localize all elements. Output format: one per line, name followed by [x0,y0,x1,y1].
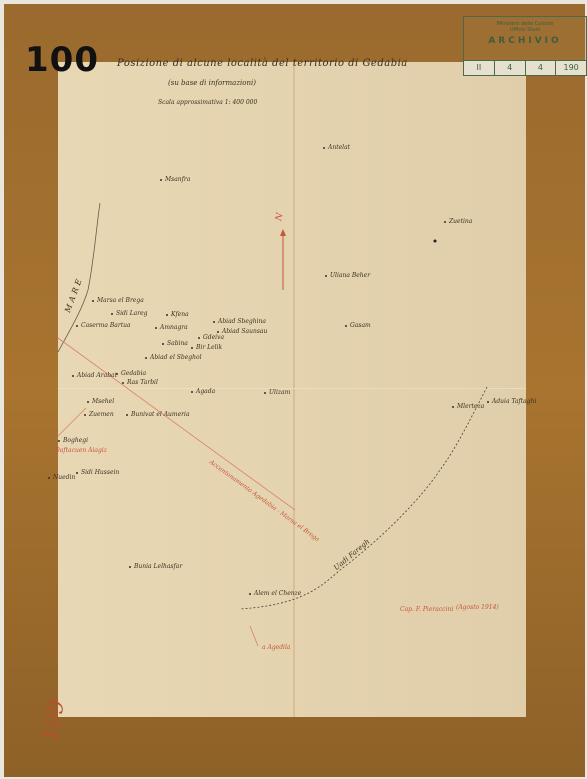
place-label: Gedabia [116,370,146,377]
place-label: Bir Lelik [191,344,222,351]
location-dot-icon [92,300,94,302]
place-name: Caserma Bartua [81,322,131,329]
place-name: Boghegi [63,437,88,444]
place-name: Sidi Lareg [116,310,148,317]
location-dot-icon [487,401,489,403]
place-name: Abiad Arabat [77,372,117,379]
location-dot-icon [191,391,193,393]
location-dot-icon [87,401,89,403]
location-dot-icon [249,593,251,595]
place-label-red: Daftacuen Aiagiz [55,447,107,454]
location-dot-icon [162,343,164,345]
place-name: Agada [196,388,215,395]
place-label: Abiad Saunsau [217,328,267,335]
route-line [58,338,295,510]
location-dot-icon [126,414,128,416]
place-name: Abiad el Sbeghol [150,354,202,361]
place-label: Gasam [345,322,371,329]
place-label: Aduia Taftaghi [487,398,536,405]
place-label: Kfena [166,311,189,318]
location-dot-icon [264,392,266,394]
place-name: Bunivat el Aumeria [131,411,190,418]
place-name: Uliana Beher [330,272,370,279]
location-dot-icon [129,566,131,568]
location-dot-icon [111,313,113,315]
place-label: Abiad Sbeghina [213,318,266,325]
place-name: Sidi Hussein [81,469,119,476]
place-label: Alem el Chenze [249,590,301,597]
place-name: Msanfra [165,176,190,183]
location-dot-icon [198,337,200,339]
location-dot-icon [116,373,118,375]
place-name: Marsa el Brega [97,297,144,304]
place-label: Nuedin [48,474,75,481]
place-label: Gdeiva [198,334,224,341]
place-label: Sidi Lareg [111,310,148,317]
place-label: Ulizam [264,389,290,396]
place-label: Uliana Beher [325,272,370,279]
place-label: Zuemen [84,411,114,418]
location-dot-icon [72,375,74,377]
map-lines [0,0,587,779]
location-dot-icon [122,382,124,384]
location-dot-icon [76,472,78,474]
place-name: Msehel [92,398,114,405]
place-name: Nuedin [53,474,75,481]
place-name: Mlerteza [457,403,484,410]
place-name: Aduia Taftaghi [492,398,536,405]
place-name: Zuemen [89,411,114,418]
place-name: Ulizam [269,389,290,396]
place-label: Abiad Arabat [72,372,117,379]
place-name: Ras Tarbil [127,379,158,386]
location-dot-icon [217,331,219,333]
place-name: Antelat [328,144,350,151]
location-dot-icon [325,275,327,277]
place-label: Zuetina [444,218,472,225]
location-dot-icon [452,406,454,408]
place-name: Sabina [167,340,188,347]
place-name: Abiad Sbeghina [218,318,266,325]
location-dot-icon [58,440,60,442]
place-name: Abiad Saunsau [222,328,267,335]
location-dot-icon [345,325,347,327]
place-name: Gasam [350,322,371,329]
location-dot-icon [444,221,446,223]
place-label: Boghegi [58,437,88,444]
place-name: Gedabia [121,370,146,377]
place-name: Bir Lelik [196,344,222,351]
location-dot-icon [191,347,193,349]
place-name: Bunia Lelhasfar [134,563,182,570]
location-dot-icon [323,147,325,149]
track-line [240,387,487,609]
place-name: Amnagra [160,324,188,331]
location-dot-icon [84,414,86,416]
signature-note: Cap. F. Pieraccini [400,606,453,613]
location-dot-icon [160,179,162,181]
place-label: Caserma Bartua [76,322,131,329]
place-label: Sidi Hussein [76,469,119,476]
place-label: Mlerteza [452,403,484,410]
place-label: Marsa el Brega [92,297,144,304]
location-dot-icon [145,357,147,359]
place-label: Bunia Lelhasfar [129,563,182,570]
location-dot-icon [213,321,215,323]
place-label: Abiad el Sbeghol [145,354,202,361]
place-label: Msehel [87,398,114,405]
place-name: Kfena [171,311,189,318]
place-name: Zuetina [449,218,472,225]
location-dot-icon [48,477,50,479]
place-label: Sabina [162,340,188,347]
place-label: Agada [191,388,215,395]
place-label: Ras Tarbil [122,379,158,386]
place-label: Bunivat el Aumeria [126,411,190,418]
location-dot-icon [76,325,78,327]
date-note: (Agosto 1914) [456,604,499,611]
place-label: Amnagra [155,324,188,331]
to-agedila-note: a Agedila [262,644,290,651]
location-dot-icon [166,314,168,316]
place-label: Msanfra [160,176,190,183]
place-name: Alem el Chenze [254,590,301,597]
location-dot-icon [155,327,157,329]
place-label: Antelat [323,144,350,151]
place-name: Gdeiva [203,334,224,341]
